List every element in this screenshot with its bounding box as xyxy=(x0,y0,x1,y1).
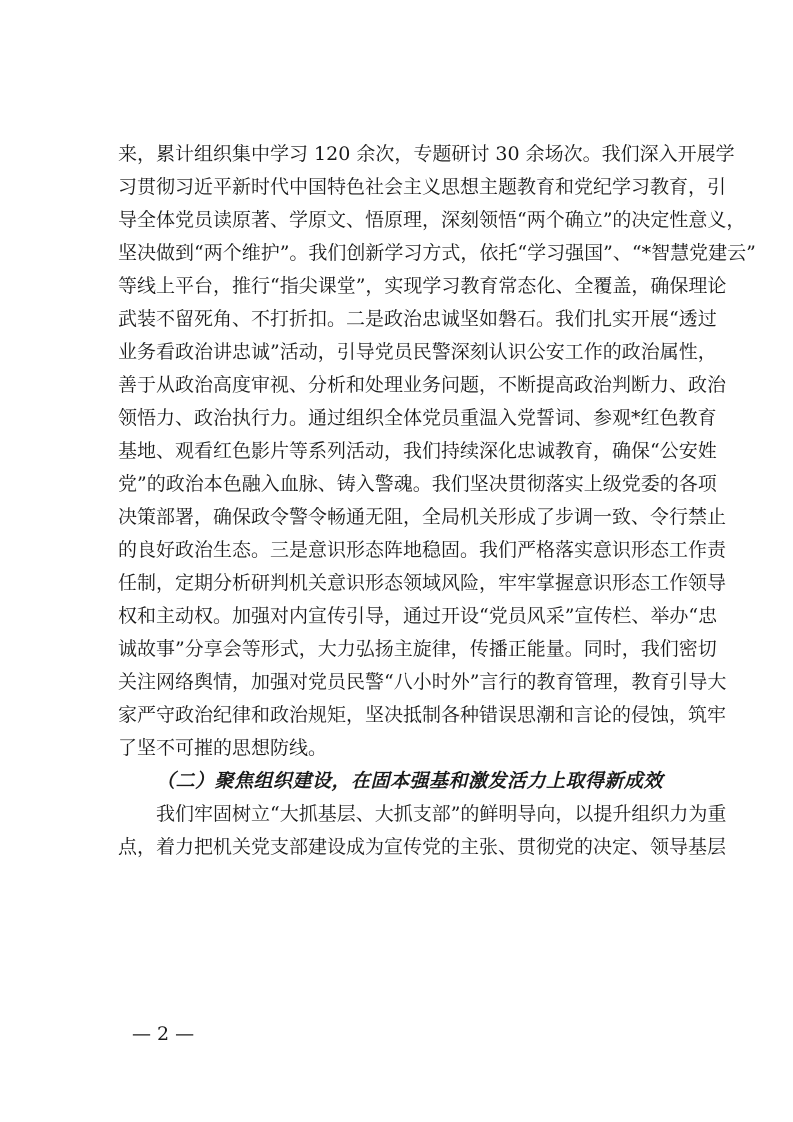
text-line: 我们牢固树立“大抓基层、大抓支部”的鲜明导向，以提升组织力为重 xyxy=(118,798,694,831)
text-line: 权和主动权。加强对内宣传引导，通过开设“党员风采”宣传栏、举办“忠 xyxy=(118,600,694,633)
text-line: 决策部署，确保政令警令畅通无阻，全局机关形成了步调一致、令行禁止 xyxy=(118,501,694,534)
text-line: 的良好政治生态。三是意识形态阵地稳固。我们严格落实意识形态工作责 xyxy=(118,534,694,567)
text-line: 导全体党员读原著、学原文、悟原理，深刻领悟“两个确立”的决定性意义， xyxy=(118,204,694,237)
text-line: 坚决做到“两个维护”。我们创新学习方式，依托“学习强国”、“*智慧党建云” xyxy=(118,237,694,270)
paragraph-political-construction: 来，累计组织集中学习 120 余次，专题研讨 30 余场次。我们深入开展学 习贯… xyxy=(118,138,694,765)
text-line: 点，着力把机关党支部建设成为宣传党的主张、贯彻党的决定、领导基层 xyxy=(118,831,694,864)
text-line: 家严守政治纪律和政治规矩，坚决抵制各种错误思潮和言论的侵蚀，筑牢 xyxy=(118,699,694,732)
text-line: 了坚不可摧的思想防线。 xyxy=(118,732,694,765)
text-line: 领悟力、政治执行力。通过组织全体党员重温入党誓词、参观*红色教育 xyxy=(118,402,694,435)
text-line: 业务看政治讲忠诚”活动，引导党员民警深刻认识公安工作的政治属性， xyxy=(118,336,694,369)
document-body: 来，累计组织集中学习 120 余次，专题研讨 30 余场次。我们深入开展学 习贯… xyxy=(118,138,694,864)
text-line: 善于从政治高度审视、分析和处理业务问题，不断提高政治判断力、政治 xyxy=(118,369,694,402)
section-heading: （二）聚焦组织建设，在固本强基和激发活力上取得新成效 xyxy=(118,765,694,798)
document-page: 来，累计组织集中学习 120 余次，专题研讨 30 余场次。我们深入开展学 习贯… xyxy=(0,0,793,1122)
text-line: 党”的政治本色融入血脉、铸入警魂。我们坚决贯彻落实上级党委的各项 xyxy=(118,468,694,501)
text-line: 任制，定期分析研判机关意识形态领域风险，牢牢掌握意识形态工作领导 xyxy=(118,567,694,600)
page-number: — 2 — xyxy=(132,1022,194,1046)
text-line: 等线上平台，推行“指尖课堂”，实现学习教育常态化、全覆盖，确保理论 xyxy=(118,270,694,303)
text-line: 习贯彻习近平新时代中国特色社会主义思想主题教育和党纪学习教育，引 xyxy=(118,171,694,204)
text-line: 基地、观看红色影片等系列活动，我们持续深化忠诚教育，确保“公安姓 xyxy=(118,435,694,468)
paragraph-organization-construction: 我们牢固树立“大抓基层、大抓支部”的鲜明导向，以提升组织力为重 点，着力把机关党… xyxy=(118,798,694,864)
text-line: 武装不留死角、不打折扣。二是政治忠诚坚如磐石。我们扎实开展“透过 xyxy=(118,303,694,336)
text-line: 关注网络舆情，加强对党员民警“八小时外”言行的教育管理，教育引导大 xyxy=(118,666,694,699)
text-line: 来，累计组织集中学习 120 余次，专题研讨 30 余场次。我们深入开展学 xyxy=(118,138,694,171)
text-line: 诚故事”分享会等形式，大力弘扬主旋律，传播正能量。同时，我们密切 xyxy=(118,633,694,666)
